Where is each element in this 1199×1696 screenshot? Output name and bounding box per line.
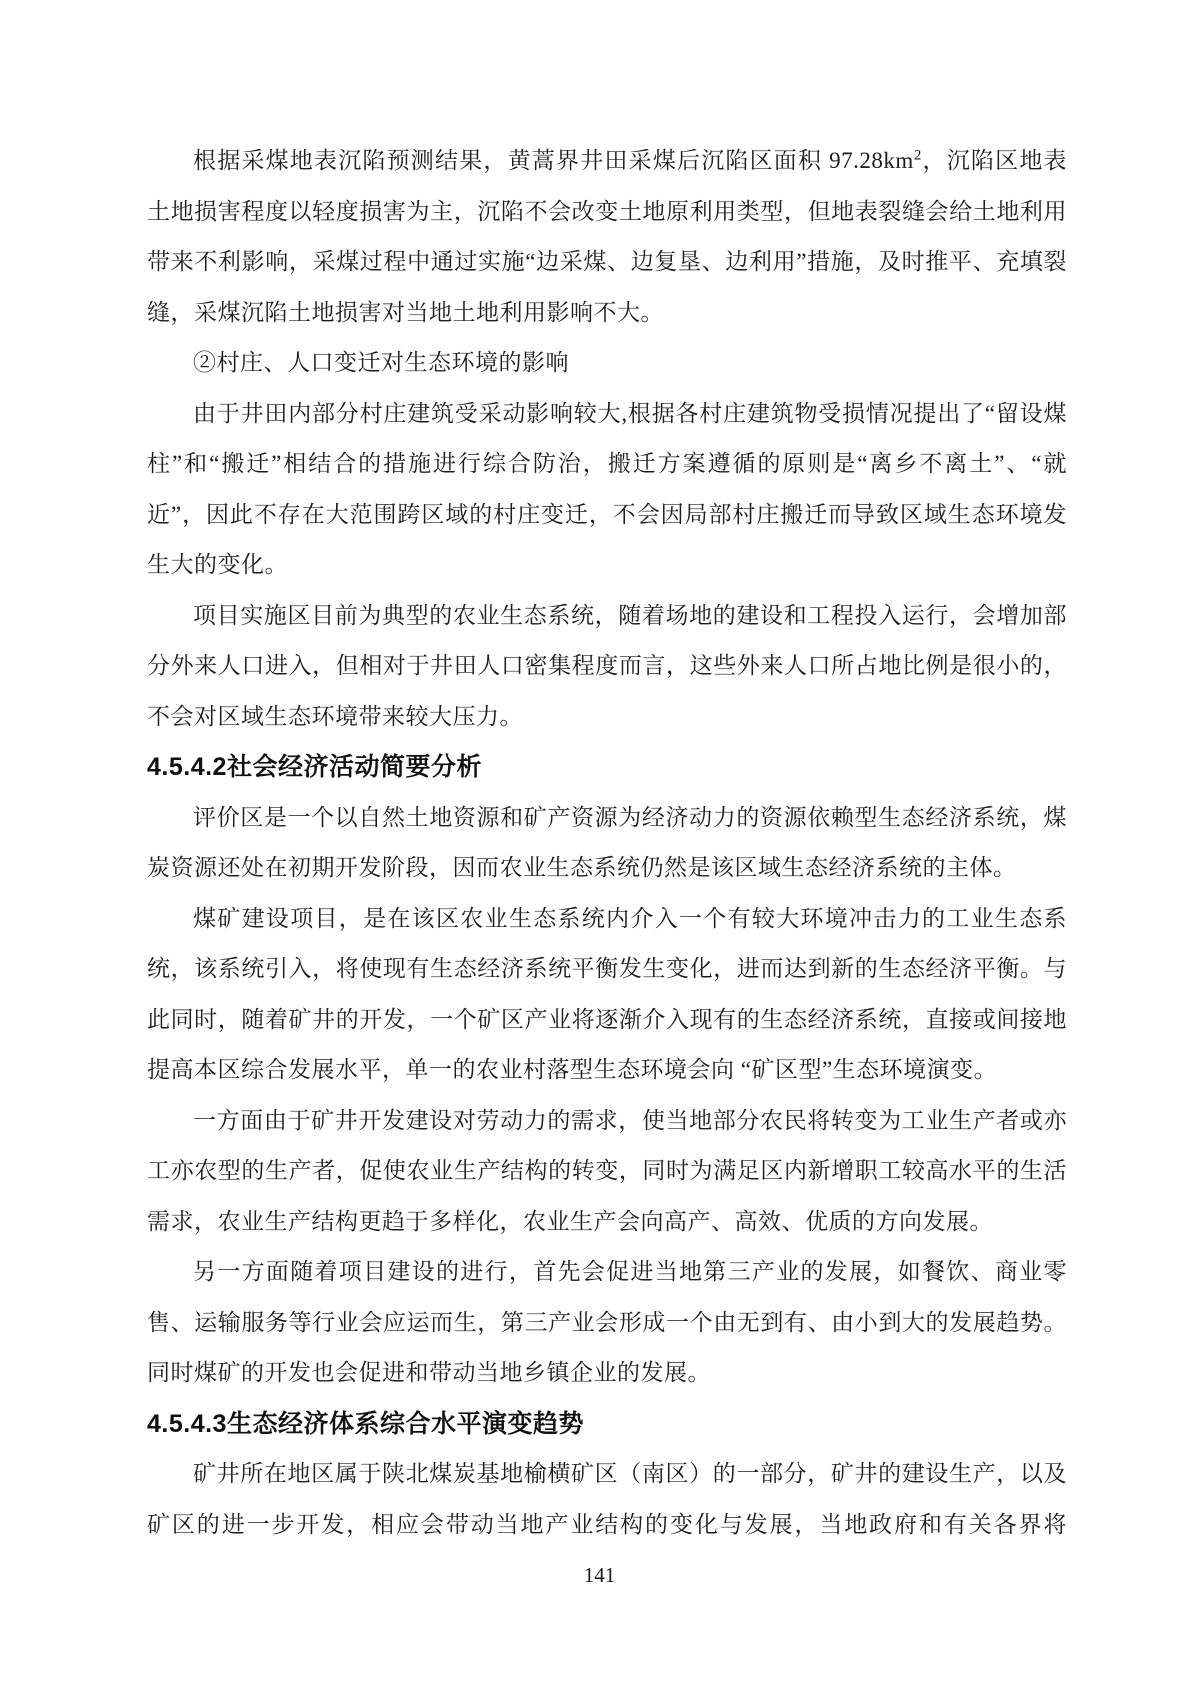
superscript-2: 2 [914,147,922,163]
document-page: 根据采煤地表沉陷预测结果，黄蒿界井田采煤后沉陷区面积 97.28km2，沉陷区地… [0,0,1199,1696]
paragraph-text-pre: 根据采煤地表沉陷预测结果，黄蒿界井田采煤后沉陷区面积 97.28km [193,148,914,173]
paragraph-tertiary-industry: 另一方面随着项目建设的进行，首先会促进当地第三产业的发展，如餐饮、商业零售、运输… [147,1247,1067,1399]
paragraph-mining-area-development: 矿井所在地区属于陕北煤炭基地榆横矿区（南区）的一部分，矿井的建设生产，以及矿区的… [147,1449,1067,1550]
page-number: 141 [0,1562,1199,1588]
paragraph-evaluation-area-economy: 评价区是一个以自然土地资源和矿产资源为经济动力的资源依赖型生态经济系统，煤炭资源… [147,793,1067,894]
paragraph-village-relocation: 由于井田内部分村庄建筑受采动影响较大,根据各村庄建筑物受损情况提出了“留设煤柱”… [147,389,1067,591]
paragraph-coal-mine-project: 煤矿建设项目，是在该区农业生态系统内介入一个有较大环境冲击力的工业生态系统，该系… [147,894,1067,1096]
list-item-village-population-impact: ②村庄、人口变迁对生态环境的影响 [147,338,1067,389]
paragraph-labor-demand: 一方面由于矿井开发建设对劳动力的需求，使当地部分农民将转变为工业生产者或亦工亦农… [147,1096,1067,1248]
paragraph-subsidence-prediction: 根据采煤地表沉陷预测结果，黄蒿界井田采煤后沉陷区面积 97.28km2，沉陷区地… [147,136,1067,338]
page-content: 根据采煤地表沉陷预测结果，黄蒿界井田采煤后沉陷区面积 97.28km2，沉陷区地… [147,136,1067,1550]
paragraph-agricultural-ecosystem: 项目实施区目前为典型的农业生态系统，随着场地的建设和工程投入运行，会增加部分外来… [147,591,1067,743]
section-heading-4-5-4-2: 4.5.4.2社会经济活动简要分析 [147,742,1067,793]
paragraph-text-post: ，沉陷区地表土地损害程度以轻度损害为主，沉陷不会改变土地原利用类型，但地表裂缝会… [147,148,1067,325]
section-heading-4-5-4-3: 4.5.4.3生态经济体系综合水平演变趋势 [147,1399,1067,1450]
